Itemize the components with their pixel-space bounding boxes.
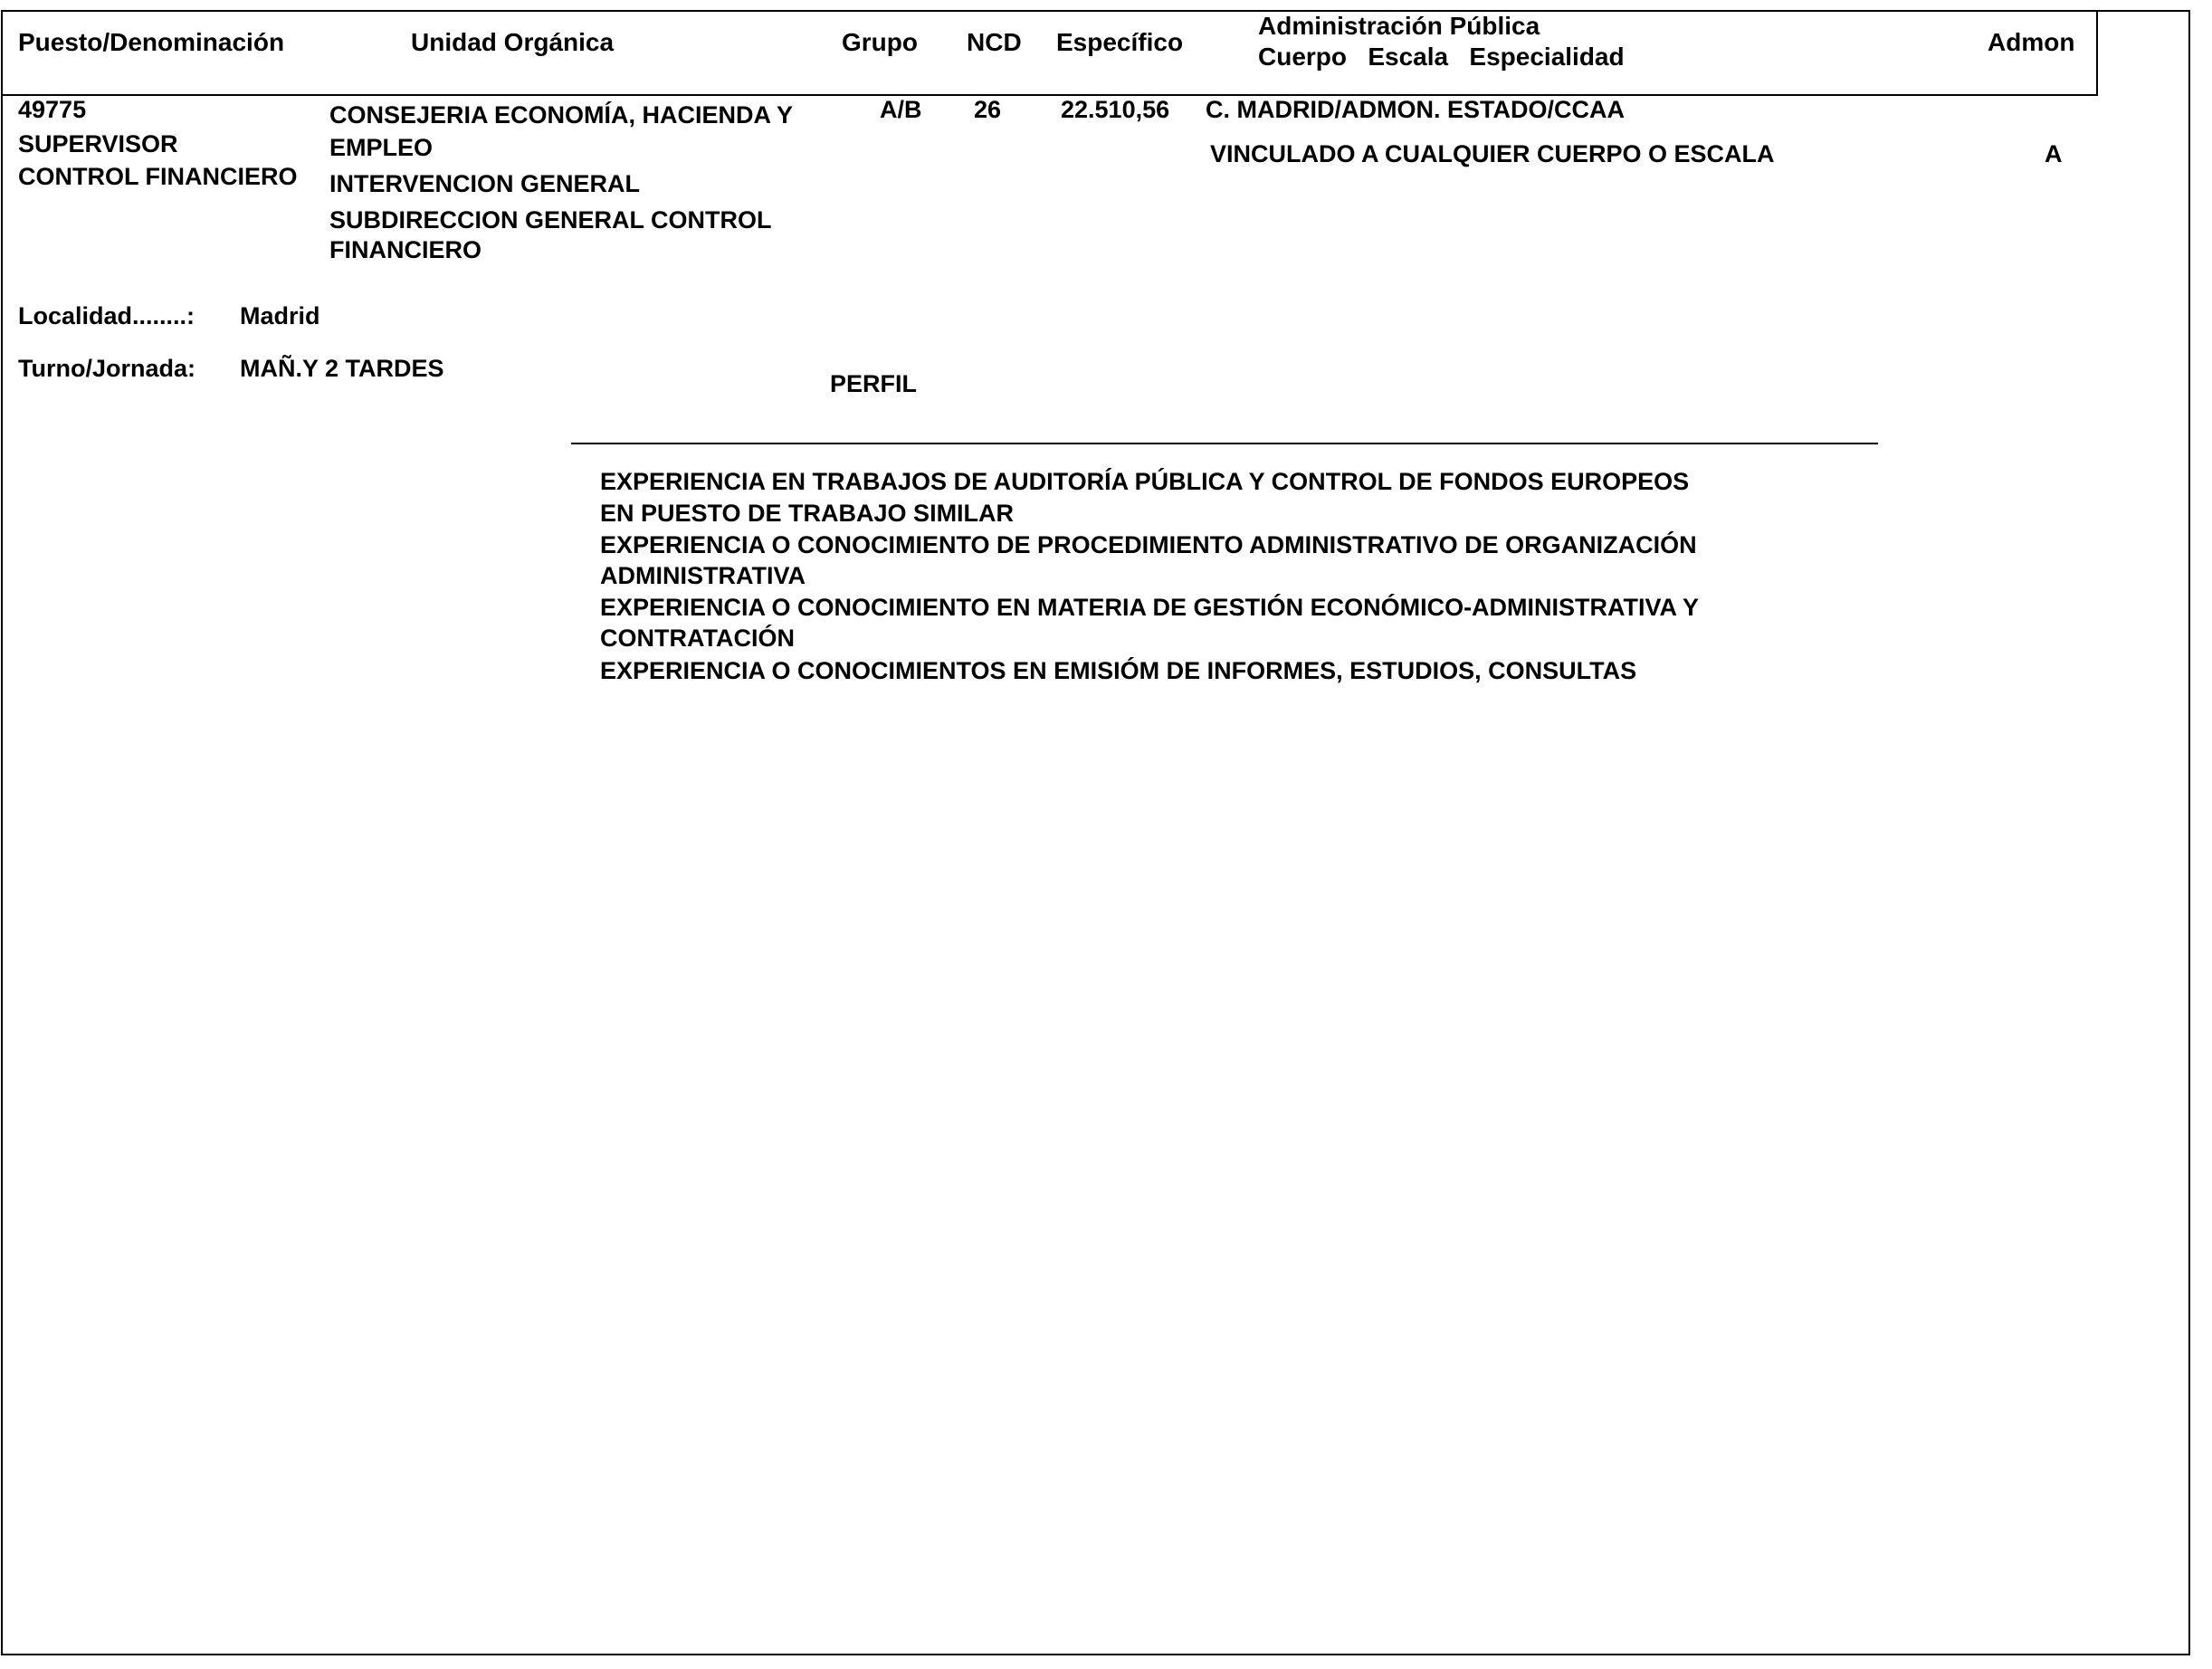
unidad-line: SUBDIRECCION GENERAL CONTROL [329,208,772,233]
perfil-line: EN PUESTO DE TRABAJO SIMILAR [600,501,1014,526]
grupo-value: A/B [880,98,922,122]
admon-value: A [2045,142,2063,167]
localidad-label: Localidad........: [18,304,195,329]
denominacion-line: CONTROL FINANCIERO [18,165,298,189]
perfil-line: EXPERIENCIA O CONOCIMIENTOS EN EMISIÓM D… [600,659,1636,683]
header-grupo: Grupo [842,30,918,55]
header-puesto: Puesto/Denominación [18,30,284,55]
unidad-line: CONSEJERIA ECONOMÍA, HACIENDA Y [329,103,793,128]
unidad-line: INTERVENCION GENERAL [329,172,640,196]
header-admon: Admon [1988,30,2074,55]
header-cuerpo-escala: Cuerpo Escala Especialidad [1258,44,1625,70]
header-especifico: Específico [1056,30,1183,55]
perfil-line: EXPERIENCIA O CONOCIMIENTO EN MATERIA DE… [600,596,1699,620]
turno-value: MAÑ.Y 2 TARDES [240,357,444,381]
administracion-value: C. MADRID/ADMON. ESTADO/CCAA [1206,98,1625,122]
header-unidad: Unidad Orgánica [411,30,614,55]
perfil-line: CONTRATACIÓN [600,626,795,651]
puesto-codigo: 49775 [18,98,86,122]
header-ncd: NCD [967,30,1022,55]
perfil-line: EXPERIENCIA EN TRABAJOS DE AUDITORÍA PÚB… [600,470,1689,494]
perfil-line: ADMINISTRATIVA [600,564,806,588]
denominacion-line: SUPERVISOR [18,132,178,157]
perfil-divider [571,443,1878,444]
table-header [1,10,2098,96]
especifico-value: 22.510,56 [1061,98,1169,122]
ncd-value: 26 [974,98,1001,122]
perfil-title: PERFIL [830,372,917,396]
localidad-value: Madrid [240,304,320,329]
header-admin-publica: Administración Pública [1258,14,1540,39]
turno-label: Turno/Jornada: [18,357,195,381]
perfil-line: EXPERIENCIA O CONOCIMIENTO DE PROCEDIMIE… [600,533,1697,558]
unidad-line: EMPLEO [329,136,433,160]
unidad-line: FINANCIERO [329,238,481,262]
cuerpo-value: VINCULADO A CUALQUIER CUERPO O ESCALA [1210,142,1775,167]
